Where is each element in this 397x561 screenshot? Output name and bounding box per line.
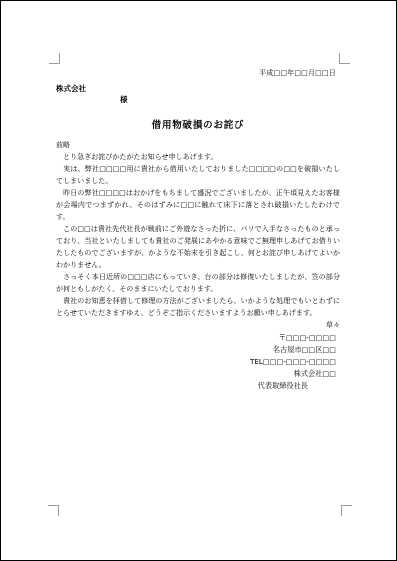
body-paragraph: とり急ぎお詫びかたがたお知らせ申しあげます。 xyxy=(56,151,340,163)
sender-tel: TEL□□□-□□□-□□□□ xyxy=(250,356,336,368)
crop-mark-top-left xyxy=(49,53,60,64)
recipient-honorific: 様 xyxy=(120,94,128,105)
body-paragraph: 昨日の弊社□□□□はおかげをもちまして盛況でございましたが、正午頃見えたお客様が… xyxy=(56,187,340,223)
crop-mark-bottom-right xyxy=(341,505,352,516)
letter-page: 平成□□年□□月□□日 株式会社 様 借用物破損のお詫び 前略 とり急ぎお詫びか… xyxy=(0,0,397,561)
crop-mark-bottom-left xyxy=(48,505,59,516)
letter-date: 平成□□年□□月□□日 xyxy=(259,68,336,78)
body-paragraph: この□□は貴社先代社長が戦前にご外遊なさった折に、パリで入手なさったものと承って… xyxy=(56,223,340,271)
recipient-company: 株式会社 xyxy=(56,83,86,94)
sender-company: 株式会社□□ xyxy=(250,368,336,380)
body-paragraph: 実は、弊社□□□□用に貴社から借用いたしておりました□□□□の□□を破損いたして… xyxy=(56,163,340,187)
letter-body: 前略 とり急ぎお詫びかたがたお知らせ申しあげます。 実は、弊社□□□□用に貴社か… xyxy=(56,139,340,331)
sender-postal-code: 〒□□□-□□□□ xyxy=(250,332,336,344)
body-paragraph: 貴社のお知恵を拝借して修理の方法がございましたら、いかような処理でもいとわずにと… xyxy=(56,295,340,319)
closing-word: 草々 xyxy=(56,319,340,331)
letter-title: 借用物破損のお詫び xyxy=(56,117,340,131)
crop-mark-top-right xyxy=(339,53,350,64)
sender-block: 〒□□□-□□□□ 名古屋市□□区□□ TEL□□□-□□□-□□□□ 株式会社… xyxy=(250,332,336,392)
sender-title: 代表取締役社長 xyxy=(250,380,336,392)
body-paragraph: さっそく本日近所の□□□店にもっていき、台の部分は修復いたしましたが、笠の部分が… xyxy=(56,271,340,295)
sender-address: 名古屋市□□区□□ xyxy=(250,344,336,356)
opening-word: 前略 xyxy=(56,139,340,151)
